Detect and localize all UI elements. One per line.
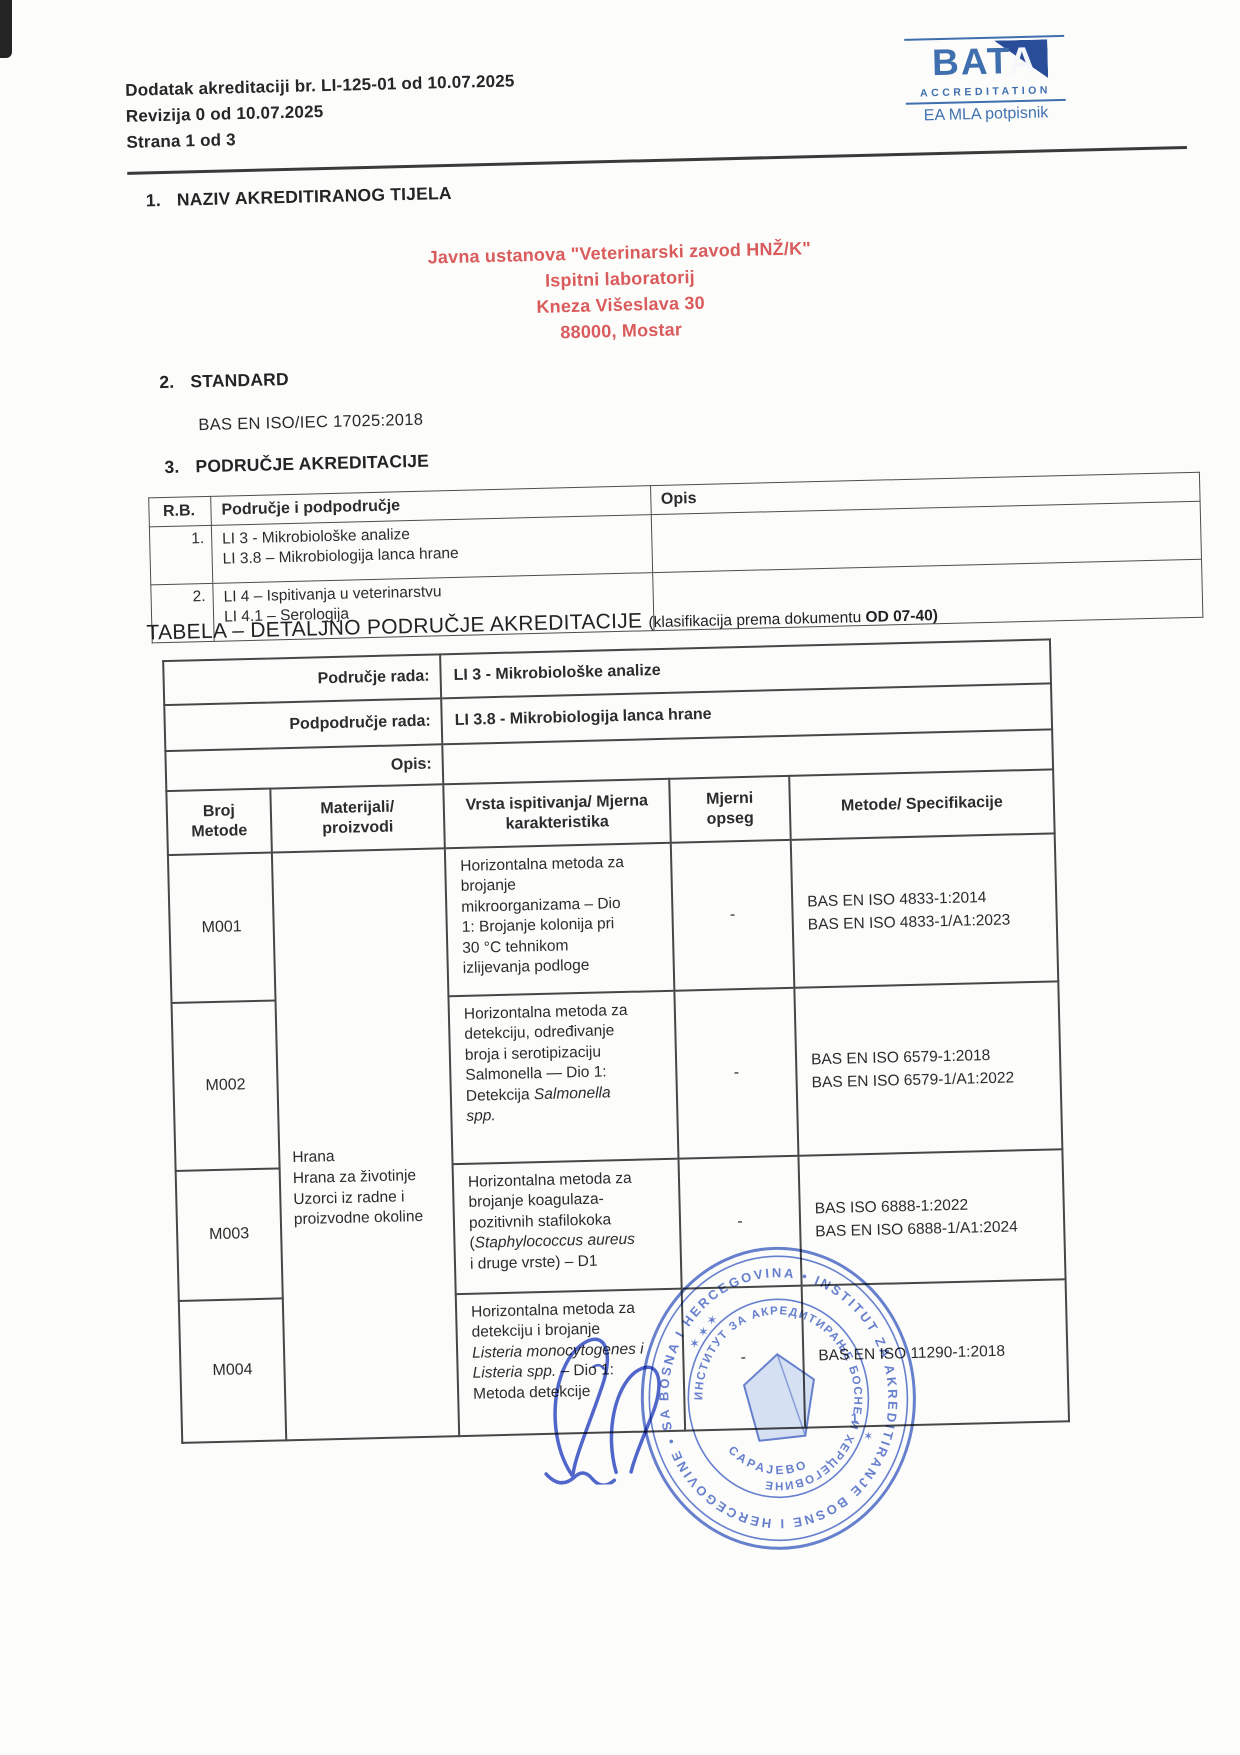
section-1-heading: 1. NAZIV AKREDITIRANOG TIJELA [146, 183, 452, 211]
section-1-title: NAZIV AKREDITIRANOG TIJELA [177, 183, 452, 211]
header-block: Dodatak akreditaciji br. LI-125-01 od 10… [125, 68, 516, 155]
section-3-heading: 3. PODRUČJE AKREDITACIJE [164, 451, 429, 478]
method-spec: BAS EN ISO 4833-1:2014 BAS EN ISO 4833-1… [791, 833, 1059, 987]
col-methods-spec: Metode/ Specifikacije [789, 769, 1054, 839]
stamp-star-mark: ✶ [863, 1429, 873, 1443]
org-block: Javna ustanova "Veterinarski zavod HNŽ/K… [319, 233, 921, 352]
method-description: Horizontalna metoda za detekciju, određi… [448, 991, 678, 1164]
method-materials: Hrana Hrana za životinje Uzorci iz radne… [272, 848, 459, 1440]
stamp-bottom-text: САРАЈЕВО [725, 1441, 810, 1478]
logo-text-left: BAT [932, 40, 1010, 83]
stamp-number: 1 [851, 1410, 859, 1425]
method-range: - [674, 988, 798, 1159]
info-label: Područje rada: [163, 654, 441, 705]
logo-wordmark: BATA [921, 39, 1048, 86]
col-test-type: Vrsta ispitivanja/ Mjerna karakteristika [443, 779, 670, 849]
logo-text-right: A [1008, 40, 1038, 82]
section-2-title: STANDARD [190, 369, 289, 392]
scope-col-rb: R.B. [149, 496, 212, 527]
logo-mla-line: EA MLA potpisnik [906, 99, 1067, 126]
bata-logo: BATA ACCREDITATION EA MLA potpisnik [904, 35, 1066, 126]
detail-title-note-doc: OD 07-40) [865, 607, 938, 626]
section-2-heading: 2. STANDARD [159, 369, 289, 393]
scanned-document-page: Dodatak akreditaciji br. LI-125-01 od 10… [0, 0, 1240, 1755]
method-id: M004 [179, 1298, 286, 1442]
method-range: - [671, 840, 795, 991]
method-id: M001 [168, 853, 276, 1003]
section-3-number: 3. [164, 457, 180, 478]
col-materials: Materijali/ proizvodi [270, 784, 445, 852]
stamp-shield-icon [743, 1353, 815, 1441]
document-content: Dodatak akreditaciji br. LI-125-01 od 10… [0, 0, 1240, 1755]
method-description: Horizontalna metoda za brojanje mikroorg… [445, 843, 675, 996]
section-1-number: 1. [146, 190, 162, 211]
method-spec: BAS EN ISO 6579-1:2018 BAS EN ISO 6579-1… [794, 981, 1062, 1155]
round-stamp: BOSNA I HERCEGOVINA • INSTITUT ZA AKREDI… [614, 1224, 942, 1572]
scope-row-area: LI 3 - Mikrobiološke analize LI 3.8 – Mi… [211, 515, 652, 584]
method-id: M002 [172, 1000, 280, 1170]
method-row-m001: M001 Hrana Hrana za životinje Uzorci iz … [168, 833, 1058, 1003]
col-method-number: Broj Metode [166, 789, 272, 856]
detail-title-note: (klasifikacija prema dokumentu [648, 609, 865, 631]
scope-row-number: 1. [149, 525, 212, 584]
section-3-title: PODRUČJE AKREDITACIJE [195, 451, 429, 478]
col-range: Mjerni opseg [669, 776, 791, 843]
method-id: M003 [176, 1168, 283, 1301]
info-label: Opis: [165, 744, 443, 791]
section-2-number: 2. [159, 372, 175, 393]
info-label: Podpodručje rada: [164, 698, 442, 751]
standard-value: BAS EN ISO/IEC 17025:2018 [198, 411, 423, 435]
